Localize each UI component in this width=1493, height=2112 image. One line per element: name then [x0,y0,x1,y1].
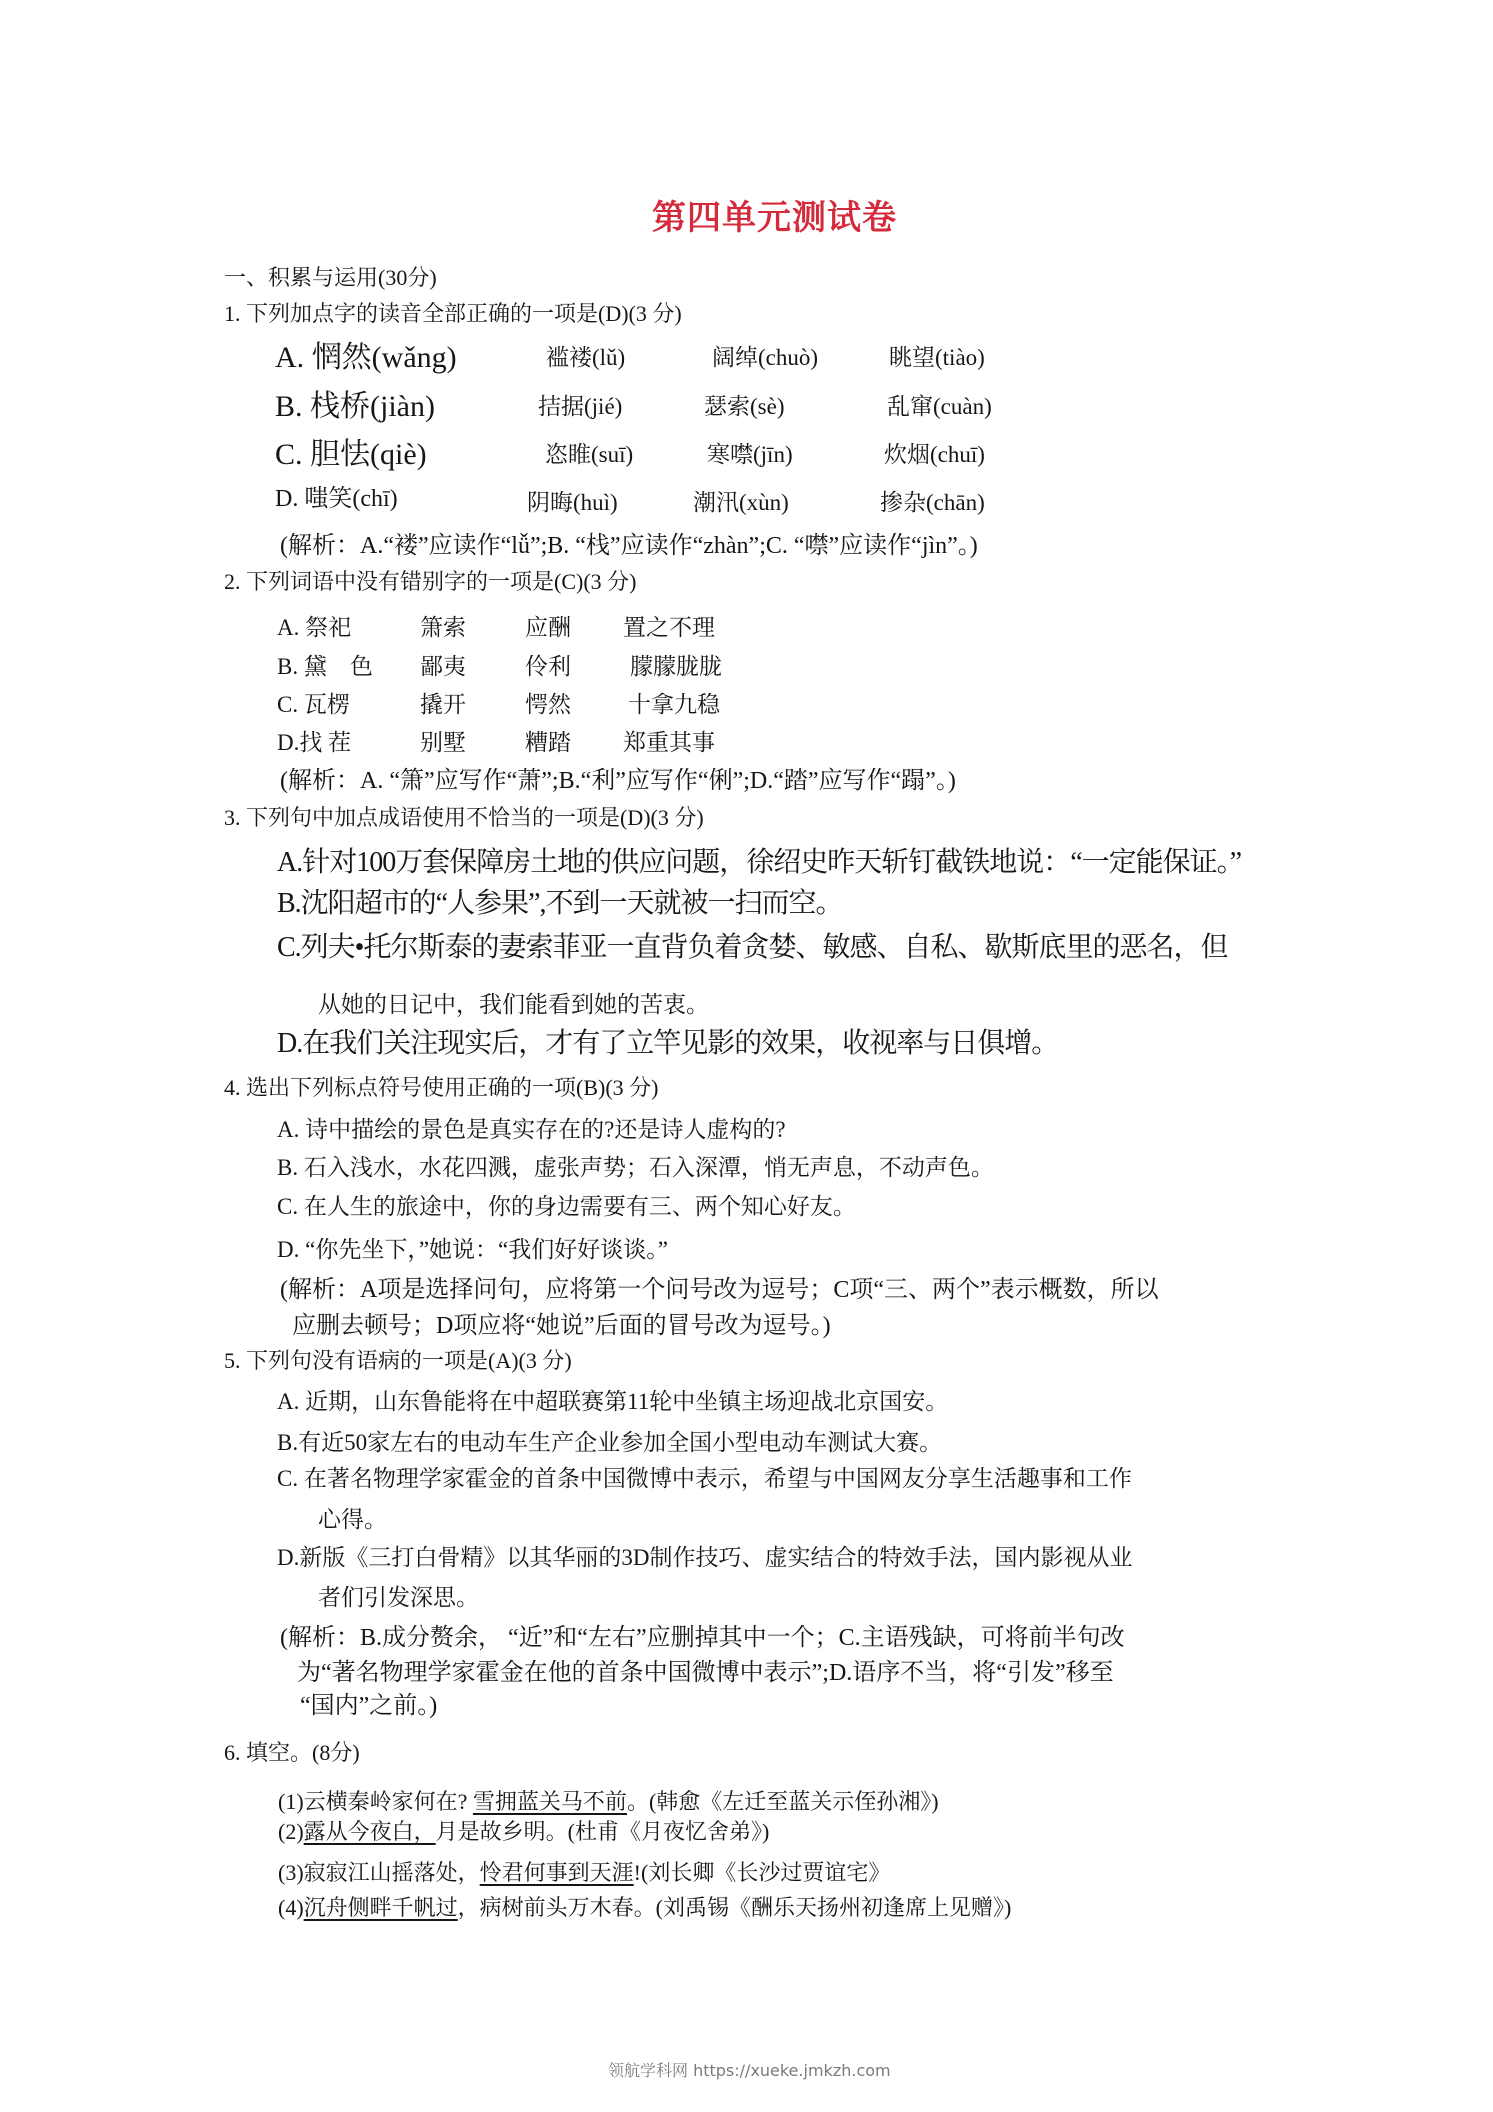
analysis-continuation: 为“著名物理学家霍金在他的首条中国微博中表示”;D.语序不当，将“引发”移至 [297,1659,1114,1688]
fill-prefix: (1)云横秦岭家何在? [278,1789,473,1814]
option-a-word: A. 祭祀 [277,614,351,642]
option-b-main: B. 栈桥(jiàn) [275,389,435,425]
fill-answer: 怜君何事到天涯 [480,1860,634,1885]
option-c-item: 寒噤(jīn) [707,441,793,469]
option-c-word: C. 瓦楞 [277,691,350,719]
analysis: (解析：A项是选择问句，应将第一个问号改为逗号；C项“三、两个”表示概数，所以 [280,1276,1159,1305]
fill-answer: 露从今夜白， [304,1819,436,1844]
option-c: C. 在人生的旅途中，你的身边需要有三、两个知心好友。 [277,1193,856,1221]
fill-suffix: !(刘长卿《长沙过贾谊宅》 [634,1860,891,1885]
question-stem: 5. 下列句没有语病的一项是(A)(3 分) [224,1348,572,1374]
fill-item-2: (2)露从今夜白，月是故乡明。(杜甫《月夜忆舍弟》) [278,1819,769,1845]
option-d: D.在我们关注现实后，才有了立竿见影的效果，收视率与日俱增。 [277,1027,1058,1061]
option-d-item: 潮汛(xùn) [693,489,789,517]
option-c-word: 愕然 [525,691,571,719]
option-a: A.针对100万套保障房土地的供应问题，徐绍史昨天斩钉截铁地说：“一定能保证。” [277,846,1241,880]
fill-suffix: ，病树前头万木春。(刘禹锡《酬乐天扬州初逢席上见赠》) [458,1895,1012,1920]
option-c: C. 在著名物理学家霍金的首条中国微博中表示，希望与中国网友分享生活趣事和工作 [277,1465,1132,1493]
fill-prefix: (2) [278,1819,304,1844]
section-heading: 一、积累与运用(30分) [224,265,437,291]
question-stem: 6. 填空。(8分) [224,1740,360,1766]
analysis: (解析：A. “箫”应写作“萧”;B.“利”应写作“俐”;D.“踏”应写作“蹋”… [280,767,956,796]
option-d-word: 别墅 [420,729,466,757]
option-d-item: 掺杂(chān) [880,489,985,517]
question-stem: 2. 下列词语中没有错别字的一项是(C)(3 分) [224,569,636,595]
option-c: C.列夫•托尔斯泰的妻索菲亚一直背负着贪婪、敏感、自私、歇斯底里的恶名，但 [277,931,1227,965]
option-d-continuation: 者们引发深思。 [318,1584,479,1612]
option-b: B.有近50家左右的电动车生产企业参加全国小型电动车测试大赛。 [277,1429,942,1457]
option-d: D.新版《三打白骨精》以其华丽的3D制作技巧、虚实结合的特效手法，国内影视从业 [277,1544,1132,1572]
question-stem: 4. 选出下列标点符号使用正确的一项(B)(3 分) [224,1075,658,1101]
option-a: A. 诗中描绘的景色是真实存在的?还是诗人虚构的? [277,1116,786,1144]
option-b-word: 伶利 [525,653,571,681]
option-a-main: A. 惘然(wǎng) [275,340,457,376]
option-b-word: 朦朦胧胧 [630,653,722,681]
fill-suffix: 。(韩愈《左迁至蓝关示侄孙湘》) [627,1789,939,1814]
option-c-continuation: 从她的日记中，我们能看到她的苦衷。 [318,991,709,1019]
analysis-continuation: “国内”之前。) [300,1692,437,1721]
option-a-item: 阔绰(chuò) [712,344,818,372]
fill-suffix: 月是故乡明。(杜甫《月夜忆舍弟》) [436,1819,770,1844]
option-c-main: C. 胆怯(qiè) [275,437,427,473]
fill-item-1: (1)云横秦岭家何在? 雪拥蓝关马不前。(韩愈《左迁至蓝关示侄孙湘》) [278,1789,939,1815]
option-a-item: 眺望(tiào) [889,344,985,372]
option-d-word: 糟踏 [525,729,571,757]
option-a-word: 置之不理 [623,614,715,642]
option-c-item: 恣睢(suī) [545,441,633,469]
option-b: B. 石入浅水，水花四溅，虚张声势；石入深潭，悄无声息，不动声色。 [277,1154,994,1182]
option-d-word: D.找 茬 [277,729,351,757]
option-a: A. 近期，山东鲁能将在中超联赛第11轮中坐镇主场迎战北京国安。 [277,1388,948,1416]
analysis-continuation: 应删去顿号；D项应将“她说”后面的冒号改为逗号。) [292,1312,831,1341]
option-b-word: B. 黛 色 [277,653,373,681]
option-d-main: D. 嗤笑(chī) [275,485,398,514]
option-d: D. “你先坐下，”她说：“我们好好谈谈。” [277,1236,668,1264]
option-a-word: 应酬 [525,614,571,642]
analysis: (解析：B.成分赘余， “近”和“左右”应删掉其中一个；C.主语残缺，可将前半句… [280,1624,1125,1653]
option-b-item: 拮据(jié) [538,393,622,421]
option-d-word: 郑重其事 [623,729,715,757]
option-c-word: 十拿九稳 [628,691,720,719]
option-a-word: 箫索 [420,614,466,642]
question-stem: 1. 下列加点字的读音全部正确的一项是(D)(3 分) [224,301,682,327]
option-b-item: 乱窜(cuàn) [887,393,992,421]
fill-prefix: (3)寂寂江山摇落处， [278,1860,480,1885]
question-stem: 3. 下列句中加点成语使用不恰当的一项是(D)(3 分) [224,805,704,831]
fill-item-3: (3)寂寂江山摇落处，怜君何事到天涯!(刘长卿《长沙过贾谊宅》 [278,1860,890,1886]
fill-prefix: (4) [278,1895,304,1920]
option-b-word: 鄙夷 [420,653,466,681]
option-d-item: 阴晦(huì) [527,489,618,517]
footer-watermark: 领航学科网 https://xueke.jmkzh.com [608,2061,891,2080]
option-c-item: 炊烟(chuī) [884,441,985,469]
page-title: 第四单元测试卷 [652,199,897,240]
fill-answer: 沉舟侧畔千帆过 [304,1895,458,1920]
option-b: B.沈阳超市的“人参果”,不到一天就被一扫而空。 [277,887,843,921]
fill-answer: 雪拥蓝关马不前 [473,1789,627,1814]
fill-item-4: (4)沉舟侧畔千帆过，病树前头万木春。(刘禹锡《酬乐天扬州初逢席上见赠》) [278,1895,1011,1921]
option-b-item: 瑟索(sè) [704,393,784,421]
analysis: (解析：A.“褛”应读作“lǚ”;B. “栈”应读作“zhàn”;C. “噤”应… [280,532,978,561]
option-c-word: 撬开 [420,691,466,719]
option-a-item: 褴褛(lǔ) [546,344,625,372]
option-c-continuation: 心得。 [318,1506,387,1534]
